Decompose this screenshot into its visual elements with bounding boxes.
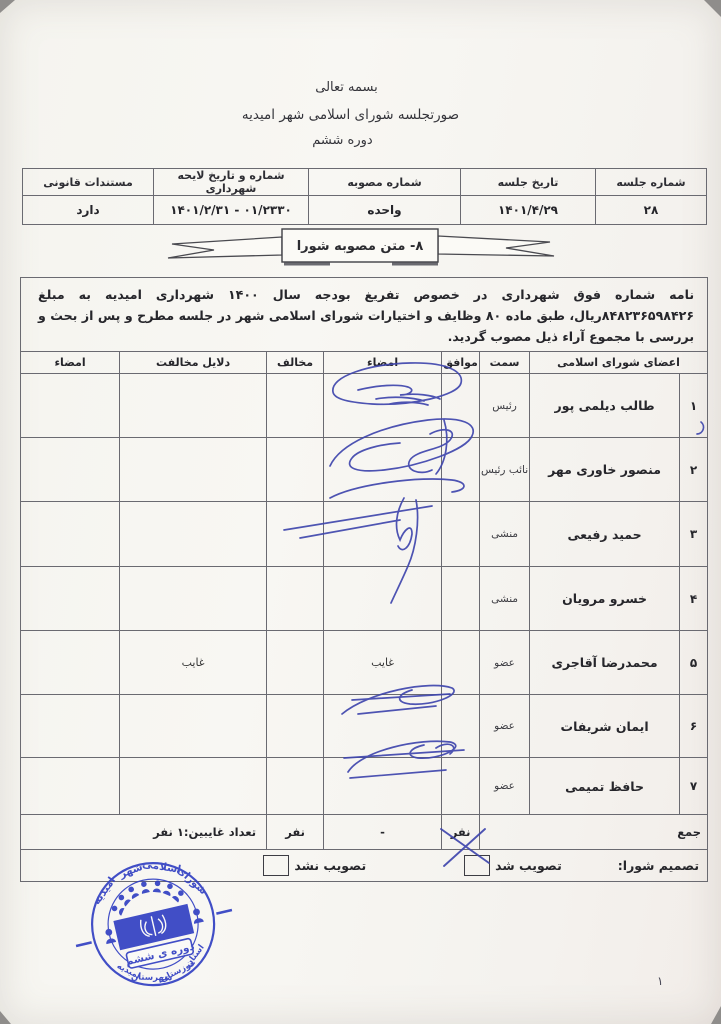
agree-cell bbox=[442, 438, 480, 502]
position-header: سمت bbox=[480, 352, 530, 374]
opposition-reason-cell bbox=[120, 438, 267, 502]
oppose-cell bbox=[267, 695, 324, 758]
row-number: ۳ bbox=[680, 502, 708, 567]
session-number-value: ۲۸ bbox=[596, 196, 707, 225]
stamp-word: استان bbox=[183, 943, 206, 969]
row-number: ۷ bbox=[680, 758, 708, 815]
totals-signature: - bbox=[324, 815, 442, 850]
signature-cell bbox=[324, 567, 442, 631]
row-number: ۶ bbox=[680, 695, 708, 758]
ribbon-right-tail bbox=[438, 236, 554, 256]
ribbon-label: ۸- متن مصوبه شورا bbox=[297, 239, 424, 254]
opposition-reason-cell bbox=[120, 374, 267, 438]
agree-cell bbox=[442, 374, 480, 438]
opposition-reason-cell bbox=[120, 567, 267, 631]
members-header-row: اعضای شورای اسلامی سمت موافق امضاء مخالف… bbox=[21, 352, 708, 374]
member-row: ۳ حمید رفیعی منشی bbox=[21, 502, 708, 567]
bill-number-date-value: ۰۱/۲۳۳۰ - ۱۴۰۱/۲/۳۱ bbox=[154, 196, 309, 225]
member-row: ۴ خسرو مرویان منشی bbox=[21, 567, 708, 631]
info-header-row: شماره جلسه تاریخ جلسه شماره مصوبه شماره … bbox=[23, 169, 707, 196]
member-row: ۲ منصور خاوری مهر نائب رئیس bbox=[21, 438, 708, 502]
info-value-row: ۲۸ ۱۴۰۱/۴/۲۹ واحده ۰۱/۲۳۳۰ - ۱۴۰۱/۲/۳۱ د… bbox=[23, 196, 707, 225]
member-row: ۱ طالب دیلمی پور رئیس bbox=[21, 374, 708, 438]
member-name: طالب دیلمی پور bbox=[530, 374, 680, 438]
row-number: ۴ bbox=[680, 567, 708, 631]
row-number: ۱ bbox=[680, 374, 708, 438]
signature-cell bbox=[324, 758, 442, 815]
stamp-band bbox=[126, 938, 194, 968]
agree-header: موافق bbox=[442, 352, 480, 374]
member-position: عضو bbox=[480, 631, 530, 695]
member-position: منشی bbox=[480, 567, 530, 631]
totals-absent-note: تعداد غایبین:۱ نفر bbox=[21, 815, 267, 850]
bismillah-text: بسمه تعالی bbox=[0, 80, 707, 95]
member-position: عضو bbox=[480, 758, 530, 815]
opposition-reason-cell bbox=[120, 502, 267, 567]
document-title: صورتجلسه شورای اسلامی شهر امیدیه bbox=[0, 107, 711, 123]
opposition-signature-cell bbox=[21, 567, 120, 631]
oppose-cell bbox=[267, 631, 324, 695]
member-position: نائب رئیس bbox=[480, 438, 530, 502]
totals-oppose-count: نفر bbox=[267, 815, 324, 850]
member-position: رئیس bbox=[480, 374, 530, 438]
stamp-inner-ring bbox=[99, 870, 207, 978]
member-name: خسرو مرویان bbox=[530, 567, 680, 631]
stamp-side-dashes bbox=[76, 910, 232, 946]
signature-cell bbox=[324, 374, 442, 438]
signature-cell: غایب bbox=[324, 631, 442, 695]
opposition-reasons-header: دلایل مخالفت bbox=[120, 352, 267, 374]
scanned-document-paper: بسمه تعالی صورتجلسه شورای اسلامی شهر امی… bbox=[0, 0, 721, 1024]
agree-cell bbox=[442, 758, 480, 815]
approved-option: تصویب شد bbox=[464, 855, 562, 876]
not-approved-checkbox[interactable] bbox=[263, 855, 289, 876]
member-row: ۶ ایمان شریفات عضو bbox=[21, 695, 708, 758]
opposition-signature-cell bbox=[21, 374, 120, 438]
resolution-text-row: نامه شماره فوق شهرداری در خصوص تفریغ بود… bbox=[21, 278, 708, 352]
row-number: ۵ bbox=[680, 631, 708, 695]
totals-row: جمع نفر - نفر تعداد غایبین:۱ نفر bbox=[21, 815, 708, 850]
oppose-cell bbox=[267, 567, 324, 631]
opposition-signature-cell bbox=[21, 438, 120, 502]
member-position: منشی bbox=[480, 502, 530, 567]
member-row: ۵ محمدرضا آقاجری عضو غایب غایب bbox=[21, 631, 708, 695]
opposition-signature-header: امضاء bbox=[21, 352, 120, 374]
totals-agree-count: نفر bbox=[442, 815, 480, 850]
ribbon-left-tail bbox=[168, 237, 282, 258]
opposition-signature-cell bbox=[21, 695, 120, 758]
legal-docs-value: دارد bbox=[23, 196, 154, 225]
emblem-icon bbox=[139, 914, 168, 939]
signature-cell bbox=[324, 438, 442, 502]
oppose-cell bbox=[267, 374, 324, 438]
not-approved-label: تصویب نشد bbox=[294, 858, 366, 873]
session-info-table: شماره جلسه تاریخ جلسه شماره مصوبه شماره … bbox=[22, 168, 707, 225]
row-number: ۲ bbox=[680, 438, 708, 502]
oppose-cell bbox=[267, 438, 324, 502]
section-ribbon-banner: ۸- متن مصوبه شورا bbox=[148, 227, 572, 275]
stamp-word: امیدیه bbox=[115, 961, 142, 981]
members-header: اعضای شورای اسلامی bbox=[530, 352, 708, 374]
opposition-signature-cell bbox=[21, 631, 120, 695]
member-row: ۷ حافظ تمیمی عضو bbox=[21, 758, 708, 815]
session-date-header: تاریخ جلسه bbox=[461, 169, 596, 196]
approved-label: تصویب شد bbox=[495, 858, 562, 873]
not-approved-option: تصویب نشد bbox=[263, 855, 366, 876]
opposition-signature-cell bbox=[21, 758, 120, 815]
decision-label: تصمیم شورا: bbox=[618, 858, 699, 873]
member-name: ایمان شریفات bbox=[530, 695, 680, 758]
session-date-value: ۱۴۰۱/۴/۲۹ bbox=[461, 196, 596, 225]
resolution-text: نامه شماره فوق شهرداری در خصوص تفریغ بود… bbox=[21, 278, 708, 352]
signature-header: امضاء bbox=[324, 352, 442, 374]
opposition-reason-cell: غایب bbox=[120, 631, 267, 695]
member-name: محمدرضا آقاجری bbox=[530, 631, 680, 695]
signature-cell bbox=[324, 502, 442, 567]
opposition-reason-cell bbox=[120, 758, 267, 815]
member-name: حمید رفیعی bbox=[530, 502, 680, 567]
signature-cell bbox=[324, 695, 442, 758]
page-number: ۱ bbox=[657, 974, 663, 988]
oppose-cell bbox=[267, 502, 324, 567]
opposition-signature-cell bbox=[21, 502, 120, 567]
decision-row: تصمیم شورا: تصویب شد تصویب نشد bbox=[21, 850, 708, 882]
resolution-number-value: واحده bbox=[309, 196, 461, 225]
agree-cell bbox=[442, 631, 480, 695]
agree-cell bbox=[442, 567, 480, 631]
approved-checkbox[interactable] bbox=[464, 855, 490, 876]
opposition-reason-cell bbox=[120, 695, 267, 758]
stamp-center-banner bbox=[113, 904, 194, 950]
agree-cell bbox=[442, 695, 480, 758]
oppose-cell bbox=[267, 758, 324, 815]
stamp-band-text: دوره ی ششم bbox=[124, 940, 196, 968]
stamp-word: خوزستان، bbox=[156, 958, 198, 986]
member-name: حافظ تمیمی bbox=[530, 758, 680, 815]
resolution-and-votes-table: نامه شماره فوق شهرداری در خصوص تفریغ بود… bbox=[20, 277, 708, 882]
bill-number-date-header: شماره و تاریخ لایحه شهرداری bbox=[154, 169, 309, 196]
session-number-header: شماره جلسه bbox=[596, 169, 707, 196]
totals-label: جمع bbox=[480, 815, 708, 850]
oppose-header: مخالف bbox=[267, 352, 324, 374]
council-term: دوره ششم bbox=[0, 133, 703, 148]
resolution-number-header: شماره مصوبه bbox=[309, 169, 461, 196]
member-name: منصور خاوری مهر bbox=[530, 438, 680, 502]
legal-docs-header: مستندات قانونی bbox=[23, 169, 154, 196]
agree-cell bbox=[442, 502, 480, 567]
member-position: عضو bbox=[480, 695, 530, 758]
stamp-bottom-arc-text: استان خوزستان، شهرستان امیدیه bbox=[113, 941, 212, 995]
stamp-word: شهرستان bbox=[131, 973, 173, 984]
